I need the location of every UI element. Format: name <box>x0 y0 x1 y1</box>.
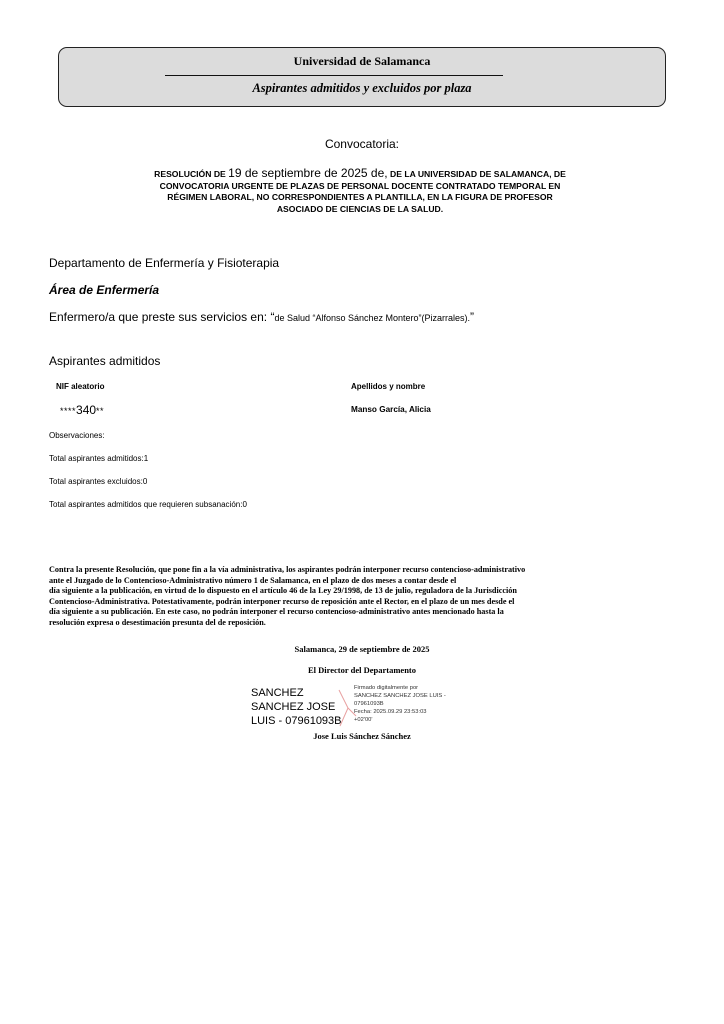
convocatoria-label: Convocatoria: <box>0 137 724 151</box>
department-name: Departamento de Enfermería y Fisioterapi… <box>49 256 279 270</box>
digital-signature-metadata: Firmado digitalmente por SANCHEZ SANCHEZ… <box>354 684 446 724</box>
resolution-line-2: CONVOCATORIA URGENTE DE PLAZAS DE PERSON… <box>110 181 610 193</box>
service-close-quote: ” <box>470 310 474 324</box>
legal-line: Contencioso-Administrativa. Potestativam… <box>49 597 639 608</box>
resolution-line-4: ASOCIADO DE CIENCIAS DE LA SALUD. <box>110 204 610 216</box>
nif-mask-prefix: **** <box>60 406 76 416</box>
header-subtitle: Aspirantes admitidos y excluidos por pla… <box>59 81 665 96</box>
legal-notice: Contra la presente Resolución, que pone … <box>49 565 639 628</box>
area-name: Área de Enfermería <box>49 283 159 297</box>
resolution-prefix: RESOLUCIÓN DE <box>154 169 228 179</box>
signature-meta-line: Fecha: 2025.09.29 23:53:03 <box>354 708 446 716</box>
service-label: Enfermero/a que preste sus servicios en:… <box>49 310 274 324</box>
signature-meta-line: Firmado digitalmente por <box>354 684 446 692</box>
legal-line: ante el Juzgado de lo Contencioso-Admini… <box>49 576 639 587</box>
signature-name-line: SANCHEZ <box>251 686 342 700</box>
legal-line: resolución expresa o desestimación presu… <box>49 618 639 629</box>
signature-meta-line: SANCHEZ SANCHEZ JOSE LUIS - <box>354 692 446 700</box>
nif-mask-suffix: ** <box>96 406 104 416</box>
legal-line: Contra la presente Resolución, que pone … <box>49 565 639 576</box>
resolution-line-3: RÉGIMEN LABORAL, NO CORRESPONDIENTES A P… <box>110 192 610 204</box>
nif-visible-digits: 340 <box>76 403 96 417</box>
signature-name-line: LUIS - 07961093B <box>251 714 342 728</box>
table-row-nif: ****340** <box>60 403 104 417</box>
document-header: Universidad de Salamanca Aspirantes admi… <box>58 47 666 107</box>
column-header-nif: NIF aleatorio <box>56 382 104 391</box>
signature-meta-line: 07961093B <box>354 700 446 708</box>
table-row-name: Manso García, Alicia <box>351 405 431 414</box>
resolution-line-1: RESOLUCIÓN DE 19 de septiembre de 2025 d… <box>110 168 610 181</box>
legal-line: día siguiente a la publicación, en virtu… <box>49 586 639 597</box>
place-date: Salamanca, 29 de septiembre de 2025 <box>0 644 724 654</box>
digital-signature-name: SANCHEZ SANCHEZ JOSE LUIS - 07961093B <box>251 686 342 728</box>
resolution-date: 19 de septiembre de 2025 de, <box>228 166 387 180</box>
total-requiring-correction: Total aspirantes admitidos que requieren… <box>49 500 247 509</box>
resolution-line1-rest: DE LA UNIVERSIDAD DE SALAMANCA, DE <box>388 169 566 179</box>
institution-name: Universidad de Salamanca <box>59 54 665 69</box>
total-excluded: Total aspirantes excluidos:0 <box>49 477 147 486</box>
signature-meta-line: +02'00' <box>354 716 446 724</box>
legal-line: día siguiente a su publicación. En este … <box>49 607 639 618</box>
total-admitted: Total aspirantes admitidos:1 <box>49 454 148 463</box>
admitted-section-title: Aspirantes admitidos <box>49 354 160 368</box>
column-header-name: Apellidos y nombre <box>351 382 425 391</box>
signatory-role: El Director del Departamento <box>0 665 724 675</box>
resolution-title: RESOLUCIÓN DE 19 de septiembre de 2025 d… <box>110 168 610 215</box>
observations-label: Observaciones: <box>49 431 105 440</box>
signature-name-line: SANCHEZ JOSE <box>251 700 342 714</box>
service-location: Enfermero/a que preste sus servicios en:… <box>49 310 474 324</box>
signatory-name: Jose Luis Sánchez Sánchez <box>0 731 724 741</box>
service-place: de Salud “Alfonso Sánchez Montero”(Pizar… <box>274 313 470 323</box>
header-divider <box>165 75 503 76</box>
